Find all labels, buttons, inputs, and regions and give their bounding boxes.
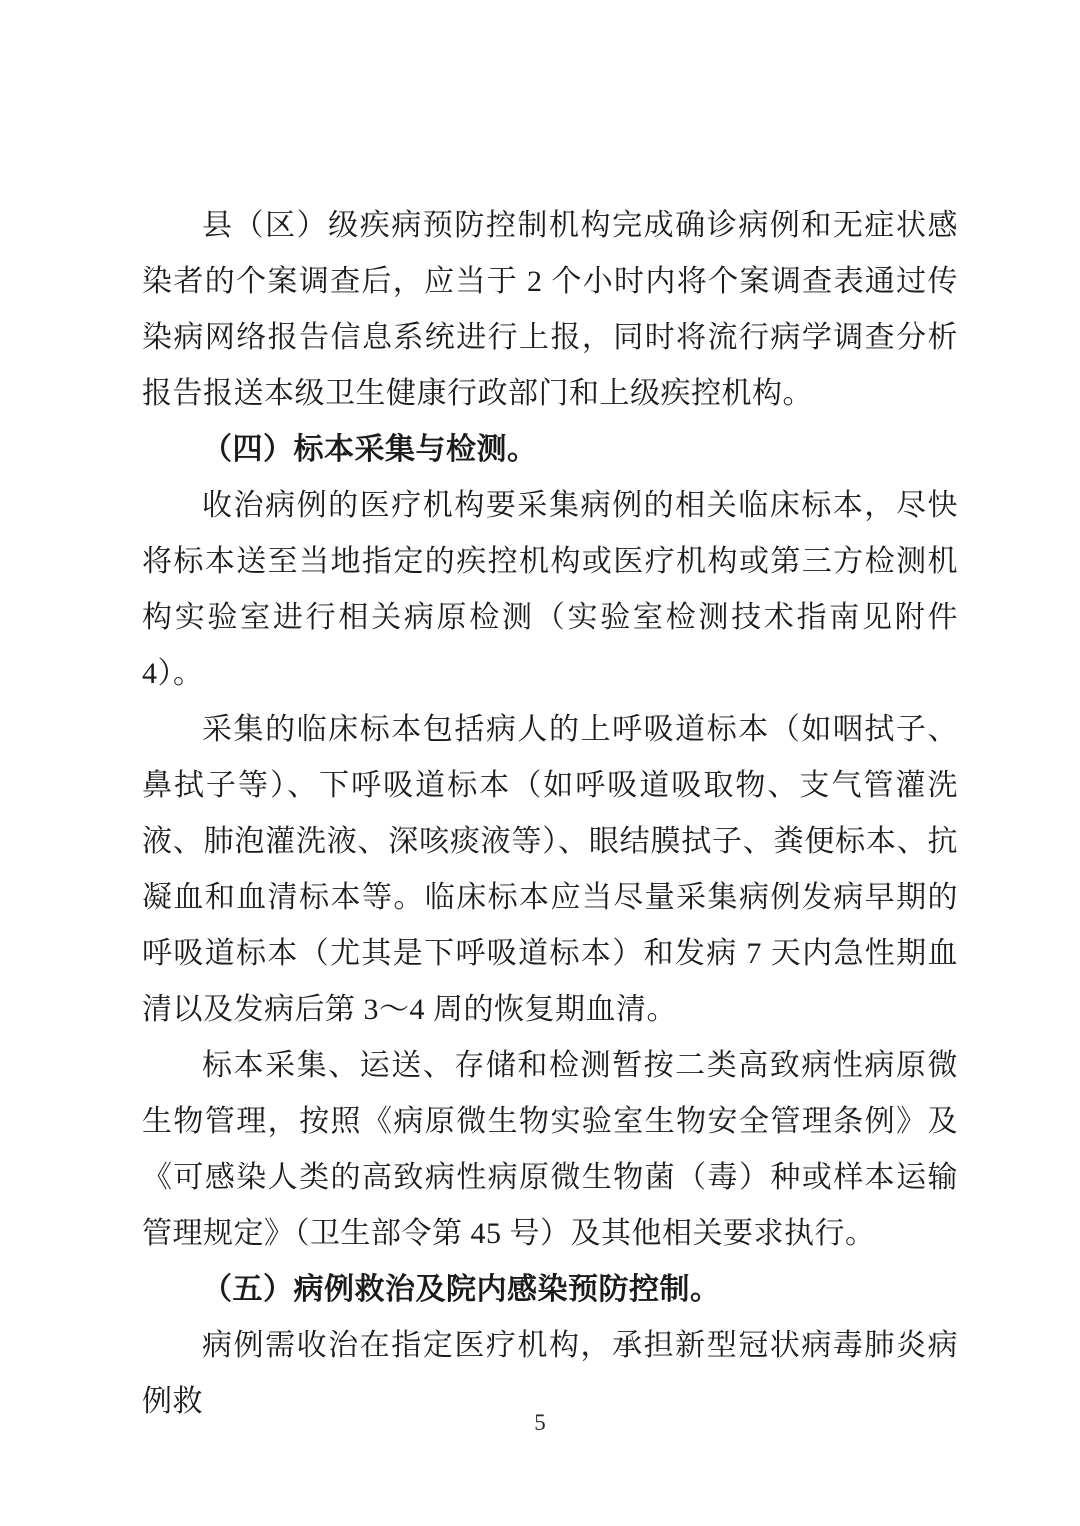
paragraph-specimen-biosafety-management: 标本采集、运送、存储和检测暂按二类高致病性病原微生物管理，按照《病原微生物实验室… bbox=[142, 1038, 958, 1262]
paragraph-case-report-procedure: 县（区）级疾病预防控制机构完成确诊病例和无症状感染者的个案调查后，应当于 2 个… bbox=[142, 198, 958, 422]
paragraph-specimen-delivery: 收治病例的医疗机构要采集病例的相关临床标本，尽快将标本送至当地指定的疾控机构或医… bbox=[142, 478, 958, 702]
document-body: 县（区）级疾病预防控制机构完成确诊病例和无症状感染者的个案调查后，应当于 2 个… bbox=[142, 198, 958, 1430]
section-heading-specimen-collection: （四）标本采集与检测。 bbox=[142, 422, 958, 478]
page-number: 5 bbox=[0, 1408, 1080, 1438]
paragraph-specimen-types: 采集的临床标本包括病人的上呼吸道标本（如咽拭子、鼻拭子等）、下呼吸道标本（如呼吸… bbox=[142, 702, 958, 1038]
document-page: 县（区）级疾病预防控制机构完成确诊病例和无症状感染者的个案调查后，应当于 2 个… bbox=[0, 0, 1080, 1526]
section-heading-case-treatment-infection-control: （五）病例救治及院内感染预防控制。 bbox=[142, 1262, 958, 1318]
